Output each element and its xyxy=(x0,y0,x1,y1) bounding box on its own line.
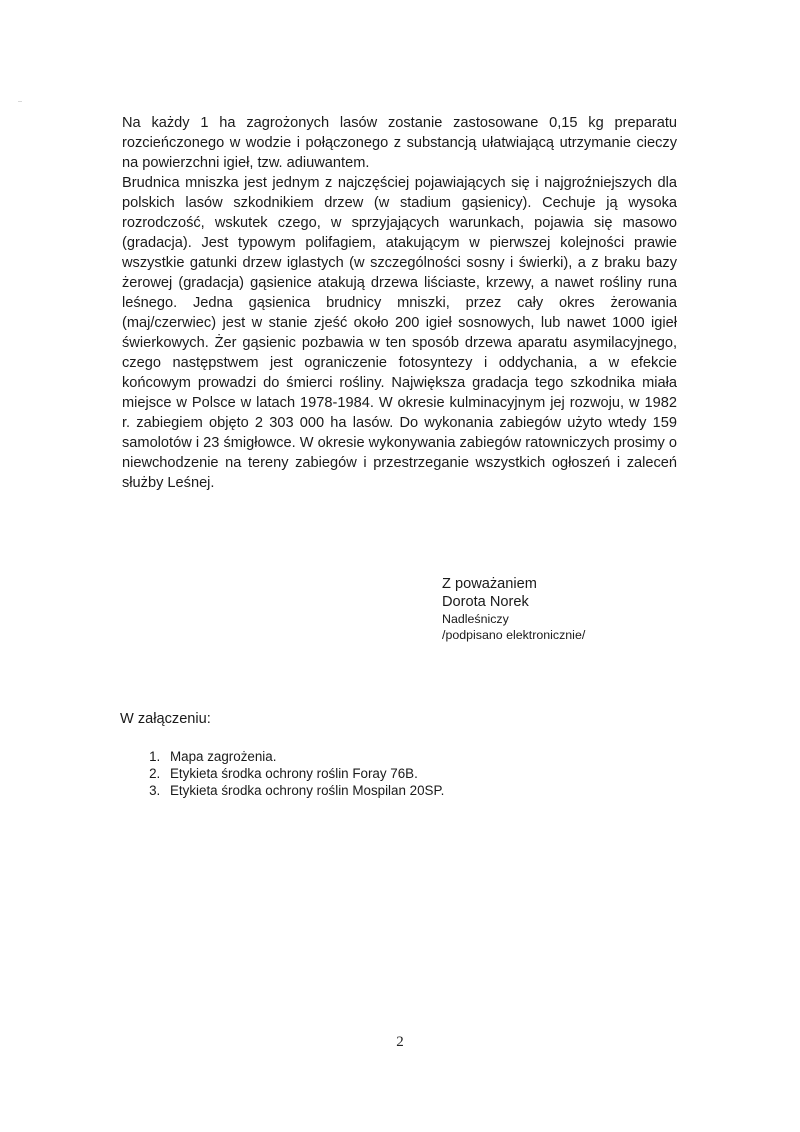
attachment-item: Etykieta środka ochrony roślin Mospilan … xyxy=(164,782,444,799)
signature-name: Dorota Norek xyxy=(442,593,585,611)
attachments-section: W załączeniu: Mapa zagrożenia. Etykieta … xyxy=(120,710,444,799)
scan-artifact xyxy=(18,101,22,102)
signature-block: Z poważaniem Dorota Norek Nadleśniczy /p… xyxy=(442,575,585,643)
signature-note: /podpisano elektronicznie/ xyxy=(442,627,585,643)
signature-title: Nadleśniczy xyxy=(442,611,585,627)
page-number: 2 xyxy=(0,1034,800,1051)
attachment-item: Etykieta środka ochrony roślin Foray 76B… xyxy=(164,765,444,782)
attachments-heading: W załączeniu: xyxy=(120,710,444,728)
attachment-item: Mapa zagrożenia. xyxy=(164,748,444,765)
document-page: Na każdy 1 ha zagrożonych lasów zostanie… xyxy=(0,0,800,1132)
signature-closing: Z poważaniem xyxy=(442,575,585,593)
body-text: Na każdy 1 ha zagrożonych lasów zostanie… xyxy=(122,113,677,493)
paragraph-nun-moth-description: Brudnica mniszka jest jednym z najczęści… xyxy=(122,173,677,493)
attachments-list: Mapa zagrożenia. Etykieta środka ochrony… xyxy=(120,748,444,799)
paragraph-application-rate: Na każdy 1 ha zagrożonych lasów zostanie… xyxy=(122,113,677,173)
